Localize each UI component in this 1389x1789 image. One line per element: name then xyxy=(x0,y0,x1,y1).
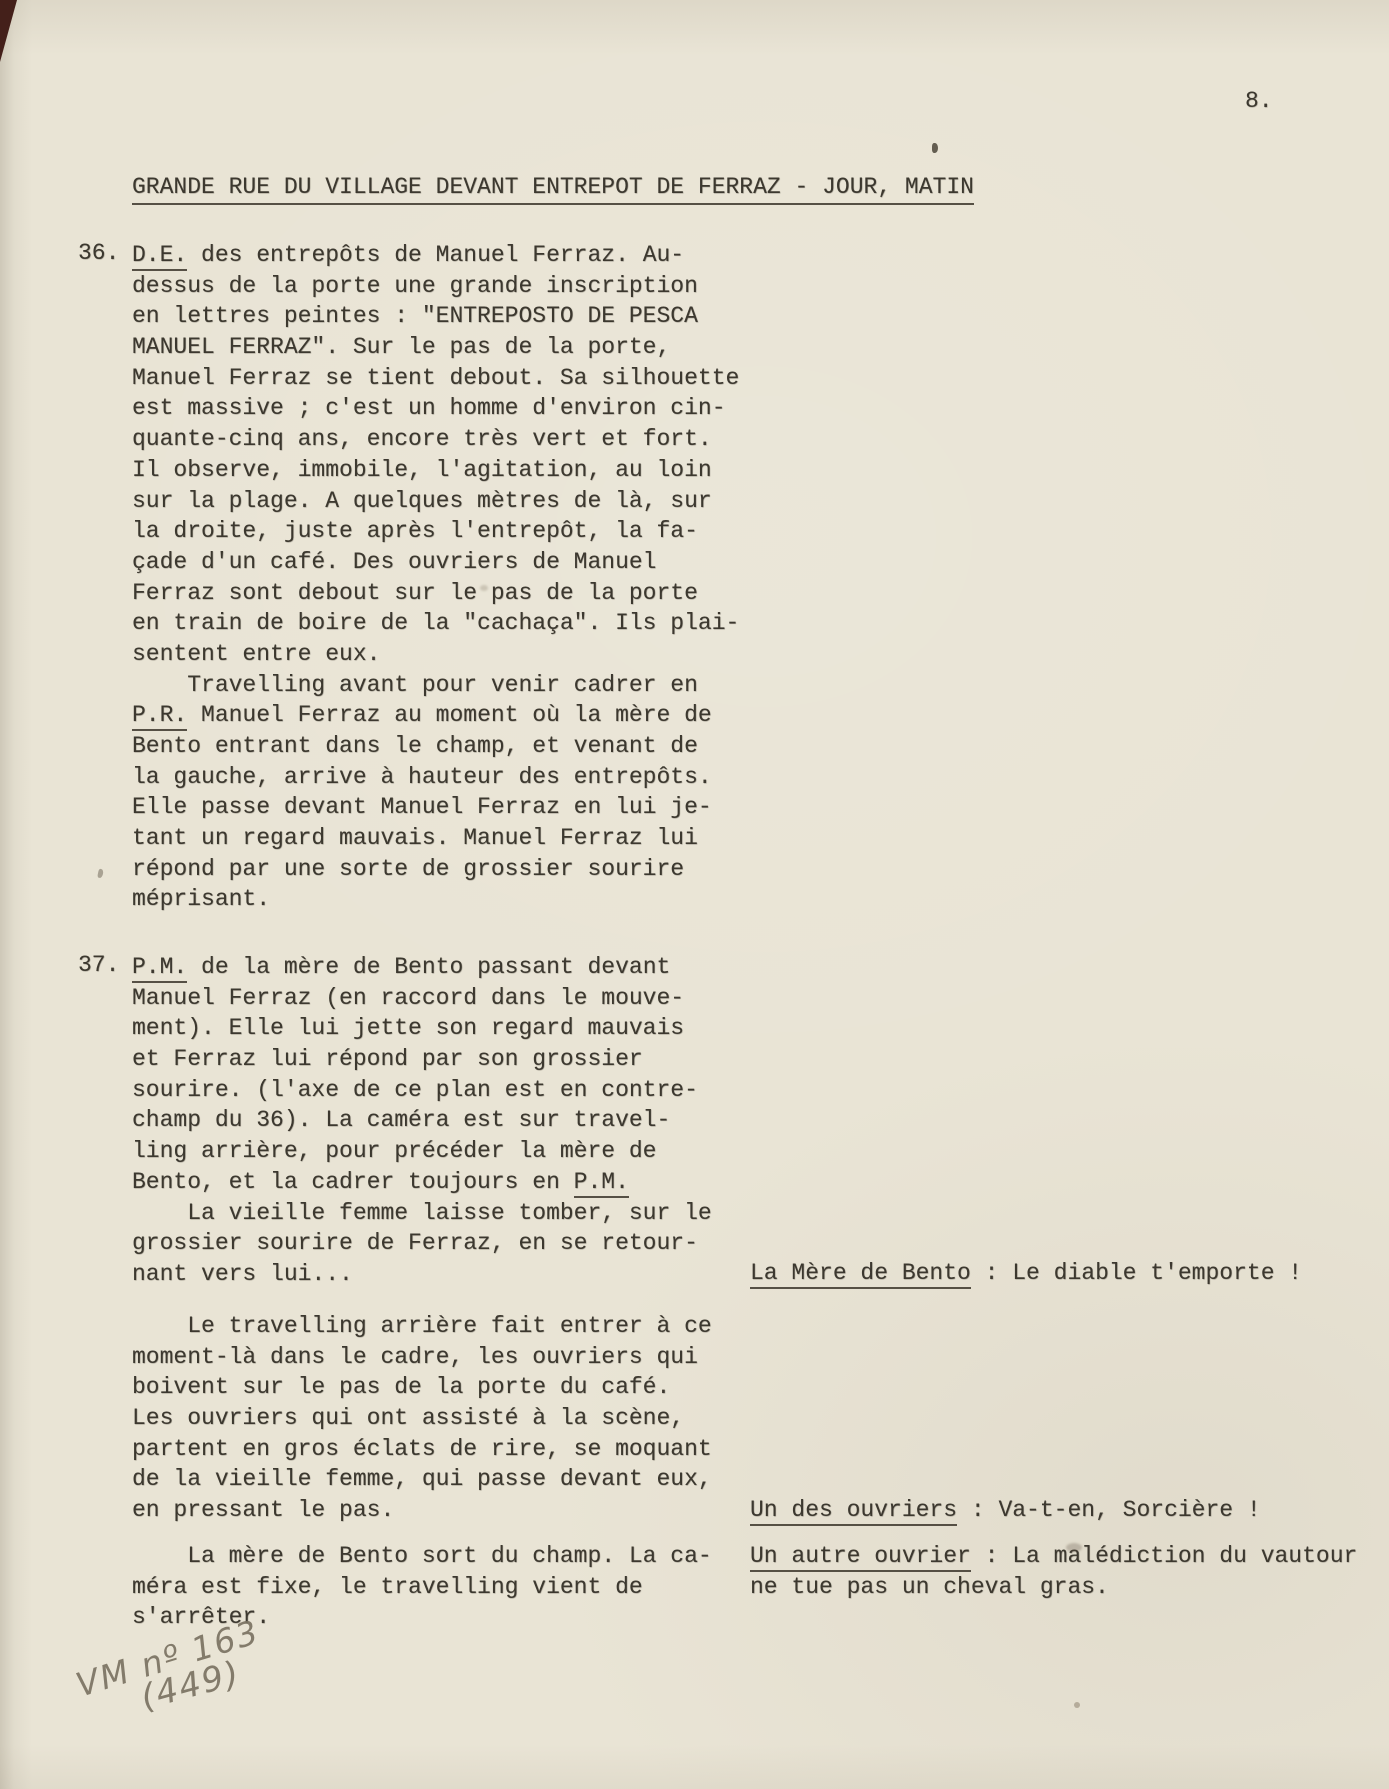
script-line: P.M. de la mère de Bento passant devant xyxy=(132,952,712,983)
script-line: dessus de la porte une grande inscriptio… xyxy=(132,271,739,302)
paper-smudge xyxy=(1066,1543,1082,1552)
script-line: çade d'un café. Des ouvriers de Manuel xyxy=(132,547,739,578)
script-line: partent en gros éclats de rire, se moqua… xyxy=(132,1434,712,1465)
action-paragraph-travelling: Le travelling arrière fait entrer à cemo… xyxy=(132,1311,712,1526)
script-line: répond par une sorte de grossier sourire xyxy=(132,854,739,885)
script-line: ne tue pas un cheval gras. xyxy=(750,1572,1357,1603)
paper-speck xyxy=(1074,1702,1080,1708)
script-line: méra est fixe, le travelling vient de xyxy=(132,1572,712,1603)
script-line: champ du 36). La caméra est sur travel- xyxy=(132,1105,712,1136)
script-line: La mère de Bento sort du champ. La ca- xyxy=(132,1541,712,1572)
shot-36-description: D.E. des entrepôts de Manuel Ferraz. Au-… xyxy=(132,240,739,915)
action-paragraph-sortie: La mère de Bento sort du champ. La ca-mé… xyxy=(132,1541,712,1633)
script-line: en pressant le pas. xyxy=(132,1495,712,1526)
script-line: de la vieille femme, qui passe devant eu… xyxy=(132,1464,712,1495)
script-line: la droite, juste après l'entrepôt, la fa… xyxy=(132,516,739,547)
script-line: P.R. Manuel Ferraz au moment où la mère … xyxy=(132,700,739,731)
paper-speck xyxy=(932,143,938,153)
script-line: nant vers lui... xyxy=(132,1259,712,1290)
script-line: Bento entrant dans le champ, et venant d… xyxy=(132,731,739,762)
script-line: grossier sourire de Ferraz, en se retour… xyxy=(132,1228,712,1259)
script-line: boivent sur le pas de la porte du café. xyxy=(132,1372,712,1403)
script-line: Bento, et la cadrer toujours en P.M. xyxy=(132,1167,712,1198)
script-page: 8. GRANDE RUE DU VILLAGE DEVANT ENTREPOT… xyxy=(0,0,1389,1789)
script-line: D.E. des entrepôts de Manuel Ferraz. Au- xyxy=(132,240,739,271)
script-line: Le travelling arrière fait entrer à ce xyxy=(132,1311,712,1342)
script-line: et Ferraz lui répond par son grossier xyxy=(132,1044,712,1075)
script-line: en train de boire de la "cachaça". Ils p… xyxy=(132,608,739,639)
script-line: méprisant. xyxy=(132,884,739,915)
page-number: 8. xyxy=(1245,88,1273,114)
dialogue-mere-de-bento: La Mère de Bento : Le diable t'emporte ! xyxy=(750,1258,1302,1289)
script-line: Manuel Ferraz (en raccord dans le mouve- xyxy=(132,983,712,1014)
script-line: Il observe, immobile, l'agitation, au lo… xyxy=(132,455,739,486)
script-line: MANUEL FERRAZ". Sur le pas de la porte, xyxy=(132,332,739,363)
page-corner-mark xyxy=(0,0,17,62)
script-line: Un autre ouvrier : La malédiction du vau… xyxy=(750,1541,1357,1572)
scene-heading-text: GRANDE RUE DU VILLAGE DEVANT ENTREPOT DE… xyxy=(132,174,974,205)
script-line: quante-cinq ans, encore très vert et for… xyxy=(132,424,739,455)
script-line: ling arrière, pour précéder la mère de xyxy=(132,1136,712,1167)
script-line: est massive ; c'est un homme d'environ c… xyxy=(132,393,739,424)
dialogue-un-autre-ouvrier: Un autre ouvrier : La malédiction du vau… xyxy=(750,1541,1357,1602)
script-line: Manuel Ferraz se tient debout. Sa silhou… xyxy=(132,363,739,394)
script-line: tant un regard mauvais. Manuel Ferraz lu… xyxy=(132,823,739,854)
paper-speck xyxy=(97,869,104,879)
shot-37-number: 37. xyxy=(78,952,119,978)
script-line: ment). Elle lui jette son regard mauvais xyxy=(132,1013,712,1044)
scene-heading: GRANDE RUE DU VILLAGE DEVANT ENTREPOT DE… xyxy=(132,174,974,200)
script-line: la gauche, arrive à hauteur des entrepôt… xyxy=(132,762,739,793)
script-line: moment-là dans le cadre, les ouvriers qu… xyxy=(132,1342,712,1373)
script-line: La vieille femme laisse tomber, sur le xyxy=(132,1198,712,1229)
script-line: sentent entre eux. xyxy=(132,639,739,670)
script-line: sur la plage. A quelques mètres de là, s… xyxy=(132,486,739,517)
script-line: Un des ouvriers : Va-t-en, Sorcière ! xyxy=(750,1495,1261,1526)
shot-37-description: P.M. de la mère de Bento passant devantM… xyxy=(132,952,712,1290)
script-line: en lettres peintes : "ENTREPOSTO DE PESC… xyxy=(132,301,739,332)
script-line: Les ouvriers qui ont assisté à la scène, xyxy=(132,1403,712,1434)
script-line: sourire. (l'axe de ce plan est en contre… xyxy=(132,1075,712,1106)
paper-speck xyxy=(480,585,488,591)
script-line: Travelling avant pour venir cadrer en xyxy=(132,670,739,701)
shot-36-number: 36. xyxy=(78,240,119,266)
script-line: La Mère de Bento : Le diable t'emporte ! xyxy=(750,1258,1302,1289)
script-line: Ferraz sont debout sur le pas de la port… xyxy=(132,578,739,609)
script-line: Elle passe devant Manuel Ferraz en lui j… xyxy=(132,792,739,823)
dialogue-un-des-ouvriers: Un des ouvriers : Va-t-en, Sorcière ! xyxy=(750,1495,1261,1526)
